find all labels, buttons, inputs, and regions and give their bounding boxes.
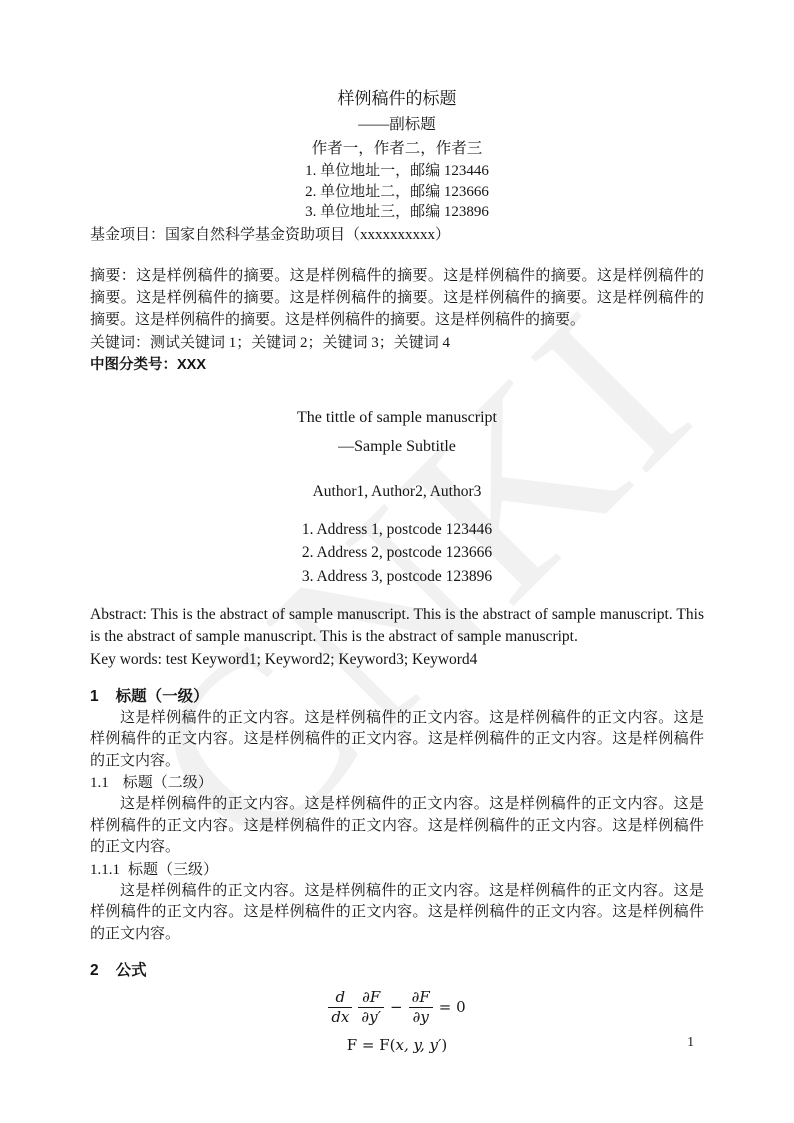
cn-authors: 作者一，作者二，作者三 xyxy=(90,137,704,161)
cn-fund-project: 基金项目：国家自然科学基金资助项目（xxxxxxxxxx） xyxy=(90,225,704,246)
fraction-denominator: ∂y xyxy=(409,1008,433,1025)
functional-definition-formula: F = F(x, y, y′) xyxy=(90,1035,704,1055)
formula-close: ) xyxy=(441,1036,447,1054)
fraction-numerator: d xyxy=(328,990,352,1008)
heading-level1: 1标题（一级） xyxy=(90,686,704,708)
en-keywords: Key words: test Keyword1; Keyword2; Keyw… xyxy=(90,649,704,671)
formula-row: ddx ∂F∂y′ − ∂F∂y = 0 xyxy=(90,990,704,1025)
heading-formula-title: 公式 xyxy=(116,962,147,979)
cn-abstract-text: 这是样例稿件的摘要。这是样例稿件的摘要。这是样例稿件的摘要。这是样例稿件的摘要。… xyxy=(90,268,704,329)
heading-level2-title: 标题（二级） xyxy=(123,775,213,791)
cn-keywords-label: 关键词： xyxy=(90,335,150,351)
en-authors: Author1, Author2, Author3 xyxy=(90,480,704,504)
en-subtitle: —Sample Subtitle xyxy=(90,434,704,459)
body-paragraph-3: 这是样例稿件的正文内容。这是样例稿件的正文内容。这是样例稿件的正文内容。这是样例… xyxy=(90,881,704,946)
fraction-dF-dyprime: ∂F∂y′ xyxy=(358,990,384,1025)
fraction-numerator: ∂F xyxy=(409,990,433,1008)
fraction-numerator: ∂F xyxy=(358,990,384,1008)
en-title: The tittle of sample manuscript xyxy=(90,405,704,430)
heading-formula-section: 2公式 xyxy=(90,960,704,982)
cn-title: 样例稿件的标题 xyxy=(90,86,704,112)
equals-zero: = 0 xyxy=(439,1000,466,1015)
minus-operator: − xyxy=(390,1000,403,1015)
en-address-2: 2. Address 2, postcode 123666 xyxy=(90,541,704,565)
heading-level3: 1.1.1标题（三级） xyxy=(90,859,704,881)
body-paragraph-2: 这是样例稿件的正文内容。这是样例稿件的正文内容。这是样例稿件的正文内容。这是样例… xyxy=(90,794,704,859)
en-address-3: 3. Address 3, postcode 123896 xyxy=(90,565,704,589)
heading-level2-number: 1.1 xyxy=(90,772,109,794)
fraction-denominator: ∂y′ xyxy=(358,1008,384,1025)
heading-level1-number: 1 xyxy=(90,686,99,708)
formula-variables: x, y, y′ xyxy=(396,1036,442,1054)
heading-level2: 1.1标题（二级） xyxy=(90,772,704,794)
cn-clc: 中图分类号：XXX xyxy=(90,354,704,376)
heading-level1-title: 标题（一级） xyxy=(116,688,209,705)
heading-level3-title: 标题（三级） xyxy=(128,862,218,878)
cn-subtitle: ——副标题 xyxy=(90,112,704,137)
document-page: CNKI 样例稿件的标题 ——副标题 作者一，作者二，作者三 1. 单位地址一，… xyxy=(0,0,794,1123)
cn-keywords: 关键词：测试关键词 1；关键词 2；关键词 3；关键词 4 xyxy=(90,332,704,354)
formula-lead: F = F( xyxy=(347,1036,396,1054)
cn-address-1: 1. 单位地址一，邮编 123446 xyxy=(90,161,704,182)
cn-address-3: 3. 单位地址三，邮编 123896 xyxy=(90,202,704,223)
page-number: 1 xyxy=(687,1034,694,1050)
cn-abstract: 摘要：这是样例稿件的摘要。这是样例稿件的摘要。这是样例稿件的摘要。这是样例稿件的… xyxy=(90,265,704,332)
body-paragraph-1: 这是样例稿件的正文内容。这是样例稿件的正文内容。这是样例稿件的正文内容。这是样例… xyxy=(90,708,704,773)
page-content: 样例稿件的标题 ——副标题 作者一，作者二，作者三 1. 单位地址一，邮编 12… xyxy=(90,86,704,1055)
en-addresses: 1. Address 1, postcode 123446 2. Address… xyxy=(90,518,704,589)
fraction-dF-dy: ∂F∂y xyxy=(409,990,433,1025)
cn-clc-value: XXX xyxy=(177,357,206,373)
cn-keywords-text: 测试关键词 1；关键词 2；关键词 3；关键词 4 xyxy=(150,335,450,351)
heading-level3-number: 1.1.1 xyxy=(90,859,120,881)
euler-lagrange-formula: ddx ∂F∂y′ − ∂F∂y = 0 F = F(x, y, y′) xyxy=(90,990,704,1055)
cn-abstract-label: 摘要： xyxy=(90,268,136,284)
heading-formula-number: 2 xyxy=(90,960,99,982)
en-abstract: Abstract: This is the abstract of sample… xyxy=(90,604,704,649)
cn-clc-label: 中图分类号： xyxy=(90,357,177,373)
fraction-d-dx: ddx xyxy=(328,990,352,1025)
cn-address-2: 2. 单位地址二，邮编 123666 xyxy=(90,182,704,203)
fraction-denominator: dx xyxy=(328,1008,352,1025)
en-address-1: 1. Address 1, postcode 123446 xyxy=(90,518,704,542)
en-header: The tittle of sample manuscript —Sample … xyxy=(90,405,704,589)
